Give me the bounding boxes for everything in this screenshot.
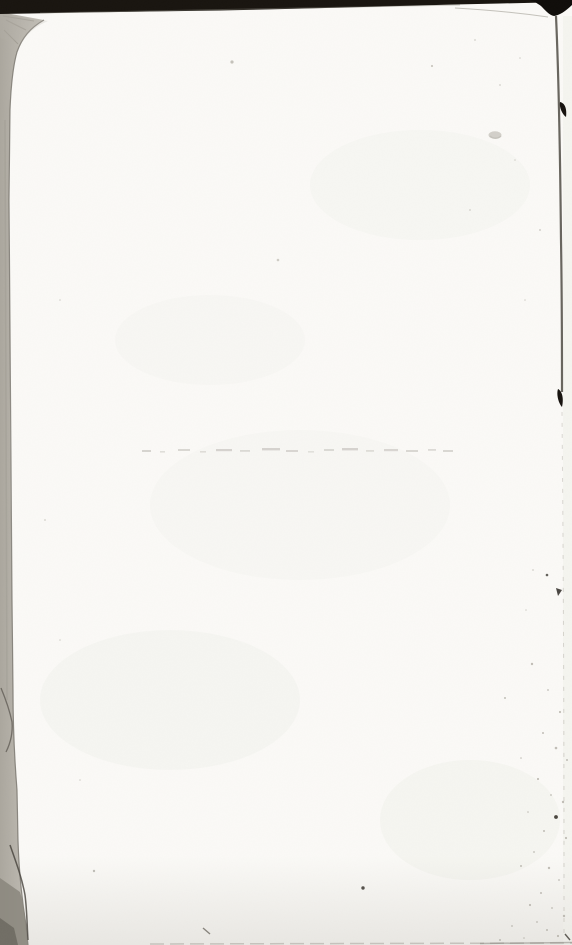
page-scan-image: [0, 0, 572, 945]
scanned-book-page: [0, 0, 572, 945]
paper-grain-overlay: [0, 0, 572, 945]
